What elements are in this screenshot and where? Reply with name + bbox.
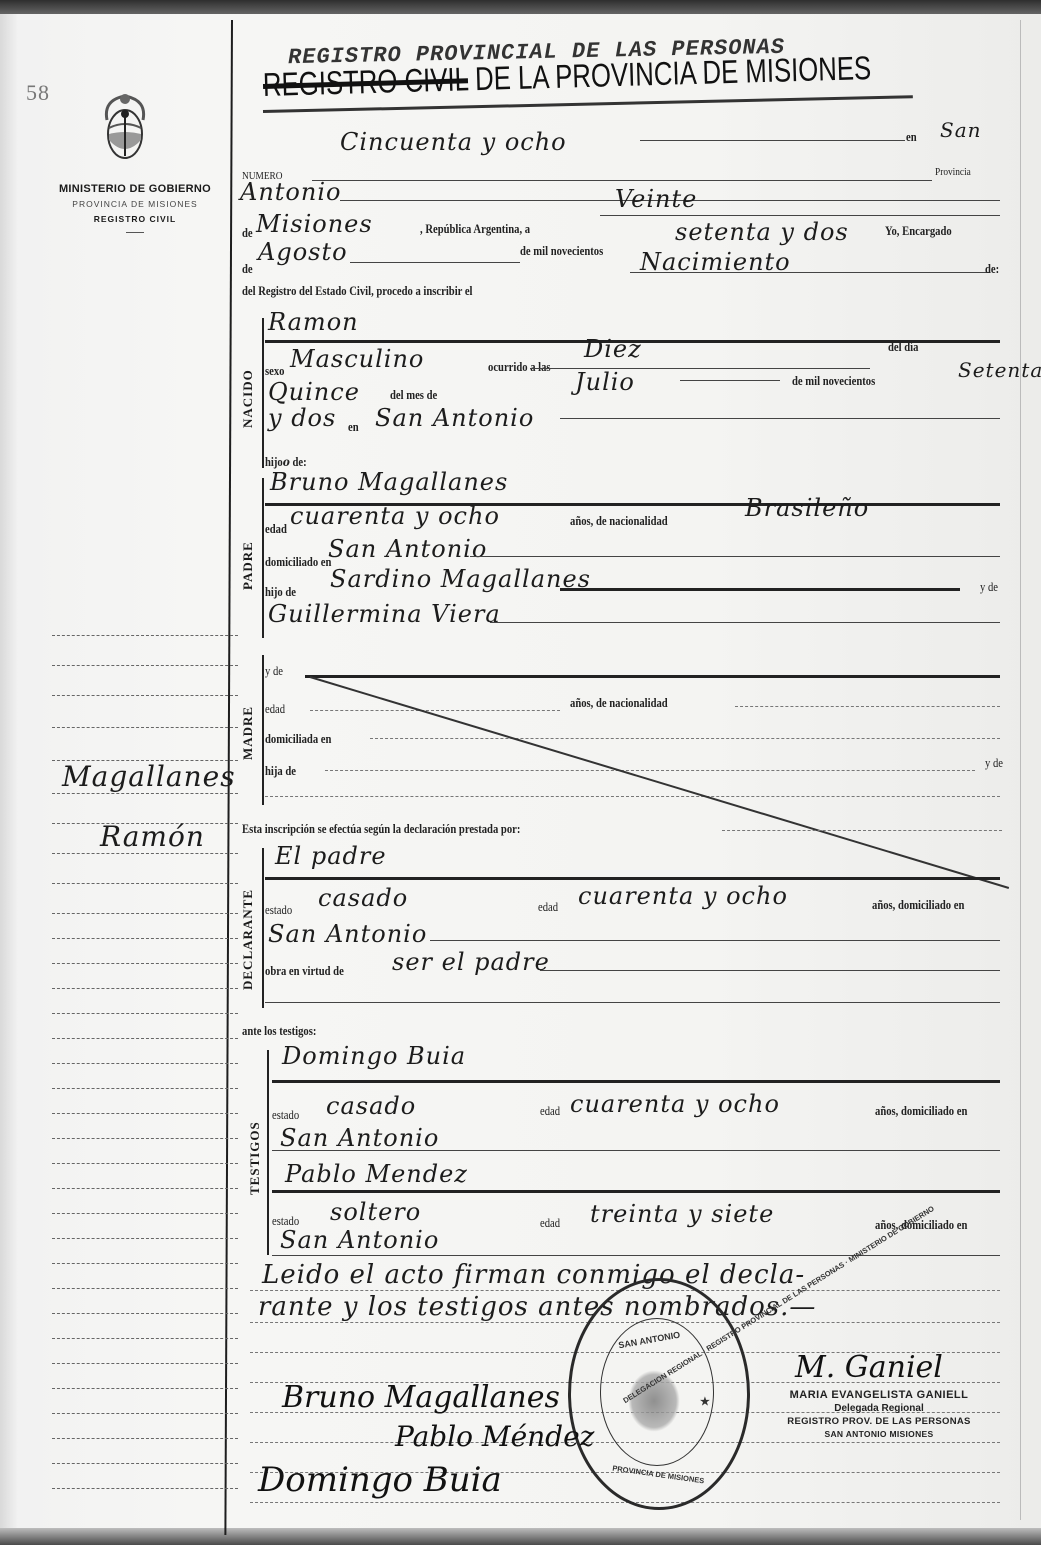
witness-1-edad-label: edad xyxy=(540,1104,560,1119)
birth-year-value-2: y dos xyxy=(268,404,336,432)
witness-1-estado-value: casado xyxy=(326,1092,416,1120)
padre-edad-label: edad xyxy=(265,522,287,537)
madre-section-label: MADRE xyxy=(240,706,256,760)
father-nationality-value: Brasileño xyxy=(745,494,869,522)
margin-note-given-name: Ramón xyxy=(100,820,205,853)
paternal-grandmother-value: Guillermina Viera xyxy=(268,600,501,628)
declarante-section-label: DECLARANTE xyxy=(240,889,256,990)
declaracion-intro-label: Esta inscripción se efectúa según la dec… xyxy=(242,822,520,837)
province-name: PROVINCIA DE MISIONES xyxy=(40,199,230,209)
witness-1-edad-value: cuarenta y ocho xyxy=(570,1090,780,1118)
official-signature: M. Ganiel xyxy=(795,1350,943,1385)
de-label-1: de xyxy=(242,226,253,241)
witness-2-edad-label: edad xyxy=(540,1216,560,1231)
nacido-section-label: NACIDO xyxy=(240,369,256,428)
nacido-en-label: en xyxy=(348,420,359,435)
year-value: setenta y dos xyxy=(675,218,849,246)
official-name: MARIA EVANGELISTA GANIELL xyxy=(784,1389,974,1401)
madre-hija-de-label: hija de xyxy=(265,764,296,779)
padre-y-de-label: y de xyxy=(980,580,998,595)
witness-1-signature: Domingo Buia xyxy=(258,1460,502,1500)
madre-bracket xyxy=(262,655,264,805)
de-end-label: de: xyxy=(985,262,999,277)
witness-1-domicilio-value: San Antonio xyxy=(280,1124,439,1152)
sexo-value: Masculino xyxy=(290,345,424,373)
struck-title: REGISTRO CIVIL xyxy=(262,60,468,103)
scan-bottom-shadow xyxy=(0,1528,1041,1545)
birth-year-value-1: Setenta xyxy=(958,358,1041,382)
madre-edad-label: edad xyxy=(265,702,285,717)
testigos-intro-label: ante los testigos: xyxy=(242,1024,316,1039)
province-value: Misiones xyxy=(256,210,373,238)
witness-2-domicilio-value: San Antonio xyxy=(280,1226,439,1254)
madre-y-de-end-label: y de xyxy=(985,756,1003,771)
padre-domicilio-label: domiciliado en xyxy=(265,555,331,570)
page-right-edge xyxy=(1020,20,1021,1520)
witness-2-name: Pablo Mendez xyxy=(285,1160,468,1188)
seal-star-icon: ★ xyxy=(700,1395,710,1408)
declarante-signature: Bruno Magallanes xyxy=(282,1380,560,1415)
declarante-edad-value: cuarenta y ocho xyxy=(578,882,788,910)
witness-2-signature: Pablo Méndez xyxy=(395,1420,594,1453)
padre-section-label: PADRE xyxy=(240,541,256,590)
office-name: REGISTRO CIVIL xyxy=(40,214,230,224)
witness-2-estado-value: soltero xyxy=(330,1198,421,1226)
nacido-year-label: de mil novecientos xyxy=(792,374,875,389)
closing-line-1: Leido el acto firman conmigo el decla- xyxy=(262,1260,805,1290)
mes-label: del mes de xyxy=(390,388,437,403)
year-label: de mil novecientos xyxy=(520,244,603,259)
declarante-obra-label: obra en virtud de xyxy=(265,964,344,979)
closing-line-2: rante y los testigos antes nombrados.— xyxy=(258,1292,816,1322)
birth-place-value: San Antonio xyxy=(375,404,534,432)
republica-label: , República Argentina, a xyxy=(420,222,530,237)
page-number: 58 xyxy=(26,80,50,106)
hour-value: Diez xyxy=(584,335,642,363)
declarante-anios-label: años, domiciliado en xyxy=(872,898,964,913)
child-name-value: Ramon xyxy=(268,308,359,336)
madre-anios-label: años, de nacionalidad xyxy=(570,696,668,711)
place-value-2: Antonio xyxy=(240,178,341,206)
yo-encargado-label: Yo, Encargado xyxy=(885,224,952,239)
letterhead-divider xyxy=(126,232,144,233)
place-value-1: San xyxy=(940,118,982,142)
madre-domicilio-label: domiciliada en xyxy=(265,732,331,747)
nacido-bracket xyxy=(262,318,264,468)
official-role: Delegada Regional xyxy=(784,1403,974,1414)
testigos-bracket xyxy=(267,1050,269,1255)
official-location: SAN ANTONIO MISIONES xyxy=(784,1429,974,1439)
declarante-estado-label: estado xyxy=(265,903,292,918)
del-dia-label: del día xyxy=(888,340,918,355)
declarante-bracket xyxy=(262,848,264,1008)
declarante-edad-label: edad xyxy=(538,900,558,915)
provincia-label: Provincia xyxy=(935,166,971,178)
ministry-letterhead: MINISTERIO DE GOBIERNO PROVINCIA DE MISI… xyxy=(40,183,230,233)
official-stamp-block: MARIA EVANGELISTA GANIELL Delegada Regio… xyxy=(784,1389,974,1439)
madre-y-de-label: y de xyxy=(265,664,283,679)
declarante-name-value: El padre xyxy=(275,842,387,870)
padre-anios-label: años, de nacionalidad xyxy=(570,514,668,529)
en-label: en xyxy=(906,130,917,145)
witness-1-anios-label: años, domiciliado en xyxy=(875,1104,967,1119)
paternal-grandfather-value: Sardino Magallanes xyxy=(330,565,591,593)
de-label-2: de xyxy=(242,262,253,277)
official-office: REGISTRO PROV. DE LAS PERSONAS xyxy=(784,1416,974,1427)
ministry-name: MINISTERIO DE GOBIERNO xyxy=(40,183,230,195)
declarante-estado-value: casado xyxy=(318,884,408,912)
father-name-value: Bruno Magallanes xyxy=(270,468,508,496)
padre-hijo-de-label: hijo de xyxy=(265,585,296,600)
witness-1-estado-label: estado xyxy=(272,1108,299,1123)
margin-note-surname: Magallanes xyxy=(62,760,236,793)
sexo-label: sexo xyxy=(265,364,284,379)
declarante-obra-value: ser el padre xyxy=(392,948,550,976)
testigos-section-label: TESTIGOS xyxy=(247,1121,263,1195)
father-age-value: cuarenta y ocho xyxy=(290,502,500,530)
father-domicile-value: San Antonio xyxy=(328,535,487,563)
witness-2-edad-value: treinta y siete xyxy=(590,1200,774,1228)
day-value: Veinte xyxy=(615,185,697,213)
month-value: Agosto xyxy=(258,238,348,266)
padre-bracket xyxy=(262,478,264,638)
argentina-coat-of-arms-icon xyxy=(103,90,147,164)
birth-day-value: Quince xyxy=(268,378,360,406)
birth-month-value: Julio xyxy=(575,368,635,396)
numero-value: Cincuenta y ocho xyxy=(340,128,567,156)
registro-label: del Registro del Estado Civil, procedo a… xyxy=(242,284,473,299)
declarante-domicilio-value: San Antonio xyxy=(268,920,427,948)
witness-1-name: Domingo Buia xyxy=(282,1042,466,1070)
